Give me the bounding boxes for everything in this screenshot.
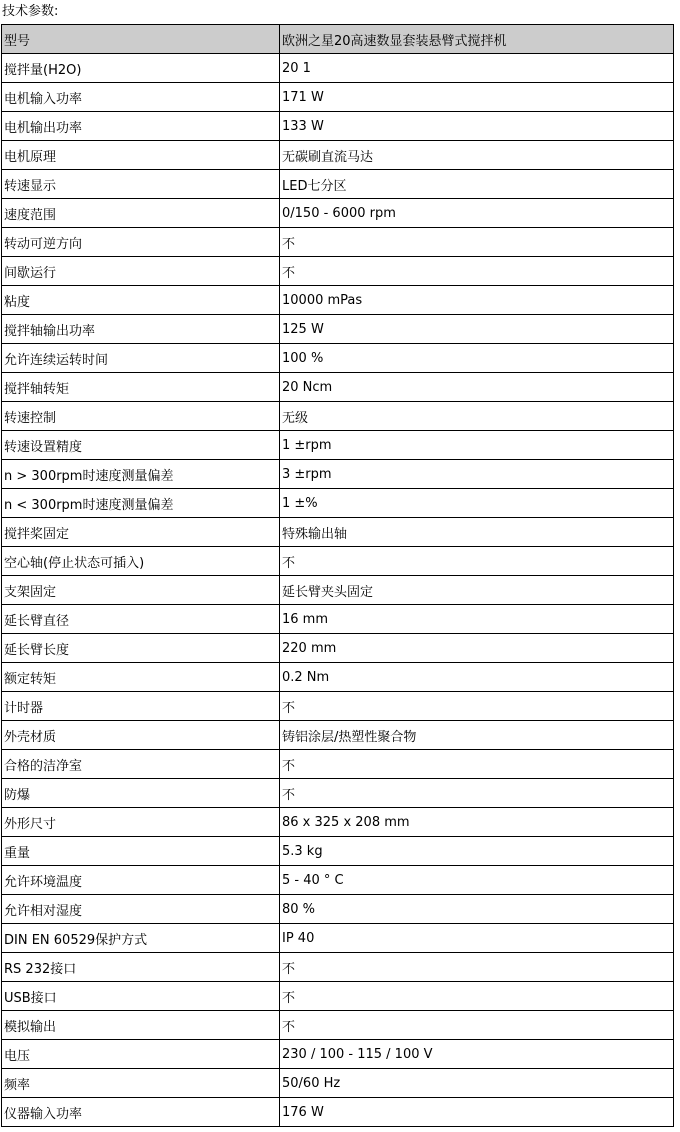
param-value: IP 40: [280, 924, 674, 953]
table-row: 空心轴(停止状态可插入)不: [2, 547, 674, 576]
param-value: 不: [280, 1011, 674, 1040]
param-value: 230 / 100 - 115 / 100 V: [280, 1040, 674, 1069]
table-row: 搅拌桨固定特殊输出轴: [2, 518, 674, 547]
param-value: 171 W: [280, 83, 674, 112]
param-value: 不: [280, 953, 674, 982]
param-value: 16 mm: [280, 605, 674, 634]
header-label-cell: 型号: [2, 25, 280, 54]
table-row: 转动可逆方向不: [2, 228, 674, 257]
table-row: 模拟输出不: [2, 1011, 674, 1040]
specs-table: 型号 欧洲之星20高速数显套装悬臂式搅拌机 搅拌量(H2O)20 1电机输入功率…: [1, 24, 674, 1127]
table-row: 电机输出功率133 W: [2, 112, 674, 141]
table-row: 粘度10000 mPas: [2, 286, 674, 315]
spec-page: 技术参数: 型号 欧洲之星20高速数显套装悬臂式搅拌机 搅拌量(H2O)20 1…: [0, 0, 680, 1132]
table-row: 仪器输入功率176 W: [2, 1098, 674, 1127]
param-label: 计时器: [2, 692, 280, 721]
param-label: 转速显示: [2, 170, 280, 199]
param-value: LED七分区: [280, 170, 674, 199]
param-label: 转速控制: [2, 402, 280, 431]
param-label: 外壳材质: [2, 721, 280, 750]
table-row: 速度范围0/150 - 6000 rpm: [2, 199, 674, 228]
table-row: 搅拌轴输出功率125 W: [2, 315, 674, 344]
param-label: 电机输入功率: [2, 83, 280, 112]
param-label: 空心轴(停止状态可插入): [2, 547, 280, 576]
table-row: n > 300rpm时速度测量偏差3 ±rpm: [2, 460, 674, 489]
table-row: 间歇运行不: [2, 257, 674, 286]
param-label: 支架固定: [2, 576, 280, 605]
param-label: 粘度: [2, 286, 280, 315]
param-value: 1 ±rpm: [280, 431, 674, 460]
table-row: 电压230 / 100 - 115 / 100 V: [2, 1040, 674, 1069]
param-label: 搅拌轴转矩: [2, 373, 280, 402]
table-row: 允许环境温度5 - 40 ° C: [2, 866, 674, 895]
param-label: 频率: [2, 1069, 280, 1098]
param-label: 延长臂长度: [2, 634, 280, 663]
table-row: 延长臂长度220 mm: [2, 634, 674, 663]
param-value: 1 ±%: [280, 489, 674, 518]
param-label: 合格的洁净室: [2, 750, 280, 779]
table-row: 合格的洁净室不: [2, 750, 674, 779]
param-label: 允许相对湿度: [2, 895, 280, 924]
param-label: 仪器输入功率: [2, 1098, 280, 1127]
param-label: 允许连续运转时间: [2, 344, 280, 373]
param-label: n > 300rpm时速度测量偏差: [2, 460, 280, 489]
param-value: 铸铝涂层/热塑性聚合物: [280, 721, 674, 750]
param-value: 80 %: [280, 895, 674, 924]
table-row: 电机原理无碳刷直流马达: [2, 141, 674, 170]
param-label: DIN EN 60529保护方式: [2, 924, 280, 953]
table-row: 外壳材质铸铝涂层/热塑性聚合物: [2, 721, 674, 750]
table-row: 转速显示LED七分区: [2, 170, 674, 199]
param-label: 速度范围: [2, 199, 280, 228]
table-row: 频率50/60 Hz: [2, 1069, 674, 1098]
param-value: 不: [280, 547, 674, 576]
table-header-row: 型号 欧洲之星20高速数显套装悬臂式搅拌机: [2, 25, 674, 54]
table-row: 额定转矩0.2 Nm: [2, 663, 674, 692]
param-value: 125 W: [280, 315, 674, 344]
param-label: 额定转矩: [2, 663, 280, 692]
table-row: 计时器不: [2, 692, 674, 721]
param-label: 转动可逆方向: [2, 228, 280, 257]
param-value: 不: [280, 228, 674, 257]
param-label: 防爆: [2, 779, 280, 808]
param-label: 搅拌轴输出功率: [2, 315, 280, 344]
header-value-cell: 欧洲之星20高速数显套装悬臂式搅拌机: [280, 25, 674, 54]
param-value: 50/60 Hz: [280, 1069, 674, 1098]
param-label: RS 232接口: [2, 953, 280, 982]
table-row: RS 232接口不: [2, 953, 674, 982]
param-value: 20 1: [280, 54, 674, 83]
param-label: 间歇运行: [2, 257, 280, 286]
param-value: 延长臂夹头固定: [280, 576, 674, 605]
param-value: 无级: [280, 402, 674, 431]
param-value: 133 W: [280, 112, 674, 141]
param-label: 外形尺寸: [2, 808, 280, 837]
table-row: USB接口不: [2, 982, 674, 1011]
param-value: 不: [280, 692, 674, 721]
table-row: 重量5.3 kg: [2, 837, 674, 866]
param-label: 延长臂直径: [2, 605, 280, 634]
param-value: 0/150 - 6000 rpm: [280, 199, 674, 228]
param-value: 不: [280, 750, 674, 779]
param-value: 176 W: [280, 1098, 674, 1127]
param-value: 5 - 40 ° C: [280, 866, 674, 895]
param-label: 搅拌桨固定: [2, 518, 280, 547]
param-label: 允许环境温度: [2, 866, 280, 895]
specs-table-body: 型号 欧洲之星20高速数显套装悬臂式搅拌机 搅拌量(H2O)20 1电机输入功率…: [2, 25, 674, 1127]
table-row: 转速控制无级: [2, 402, 674, 431]
table-row: 搅拌量(H2O)20 1: [2, 54, 674, 83]
param-label: 电机原理: [2, 141, 280, 170]
param-value: 0.2 Nm: [280, 663, 674, 692]
table-row: 允许连续运转时间100 %: [2, 344, 674, 373]
param-value: 特殊输出轴: [280, 518, 674, 547]
param-value: 20 Ncm: [280, 373, 674, 402]
table-row: 允许相对湿度80 %: [2, 895, 674, 924]
table-row: 延长臂直径16 mm: [2, 605, 674, 634]
param-value: 220 mm: [280, 634, 674, 663]
page-title: 技术参数:: [1, 2, 680, 24]
param-label: 转速设置精度: [2, 431, 280, 460]
table-row: 转速设置精度1 ±rpm: [2, 431, 674, 460]
param-value: 不: [280, 982, 674, 1011]
table-row: 防爆不: [2, 779, 674, 808]
table-row: 电机输入功率171 W: [2, 83, 674, 112]
param-value: 3 ±rpm: [280, 460, 674, 489]
table-row: 外形尺寸86 x 325 x 208 mm: [2, 808, 674, 837]
param-value: 不: [280, 257, 674, 286]
param-label: n < 300rpm时速度测量偏差: [2, 489, 280, 518]
param-label: 电压: [2, 1040, 280, 1069]
param-value: 不: [280, 779, 674, 808]
param-value: 5.3 kg: [280, 837, 674, 866]
param-value: 无碳刷直流马达: [280, 141, 674, 170]
param-value: 86 x 325 x 208 mm: [280, 808, 674, 837]
param-label: 搅拌量(H2O): [2, 54, 280, 83]
param-value: 100 %: [280, 344, 674, 373]
param-label: 重量: [2, 837, 280, 866]
param-value: 10000 mPas: [280, 286, 674, 315]
table-row: n < 300rpm时速度测量偏差1 ±%: [2, 489, 674, 518]
param-label: 电机输出功率: [2, 112, 280, 141]
table-row: DIN EN 60529保护方式IP 40: [2, 924, 674, 953]
table-row: 支架固定延长臂夹头固定: [2, 576, 674, 605]
table-row: 搅拌轴转矩20 Ncm: [2, 373, 674, 402]
param-label: USB接口: [2, 982, 280, 1011]
param-label: 模拟输出: [2, 1011, 280, 1040]
